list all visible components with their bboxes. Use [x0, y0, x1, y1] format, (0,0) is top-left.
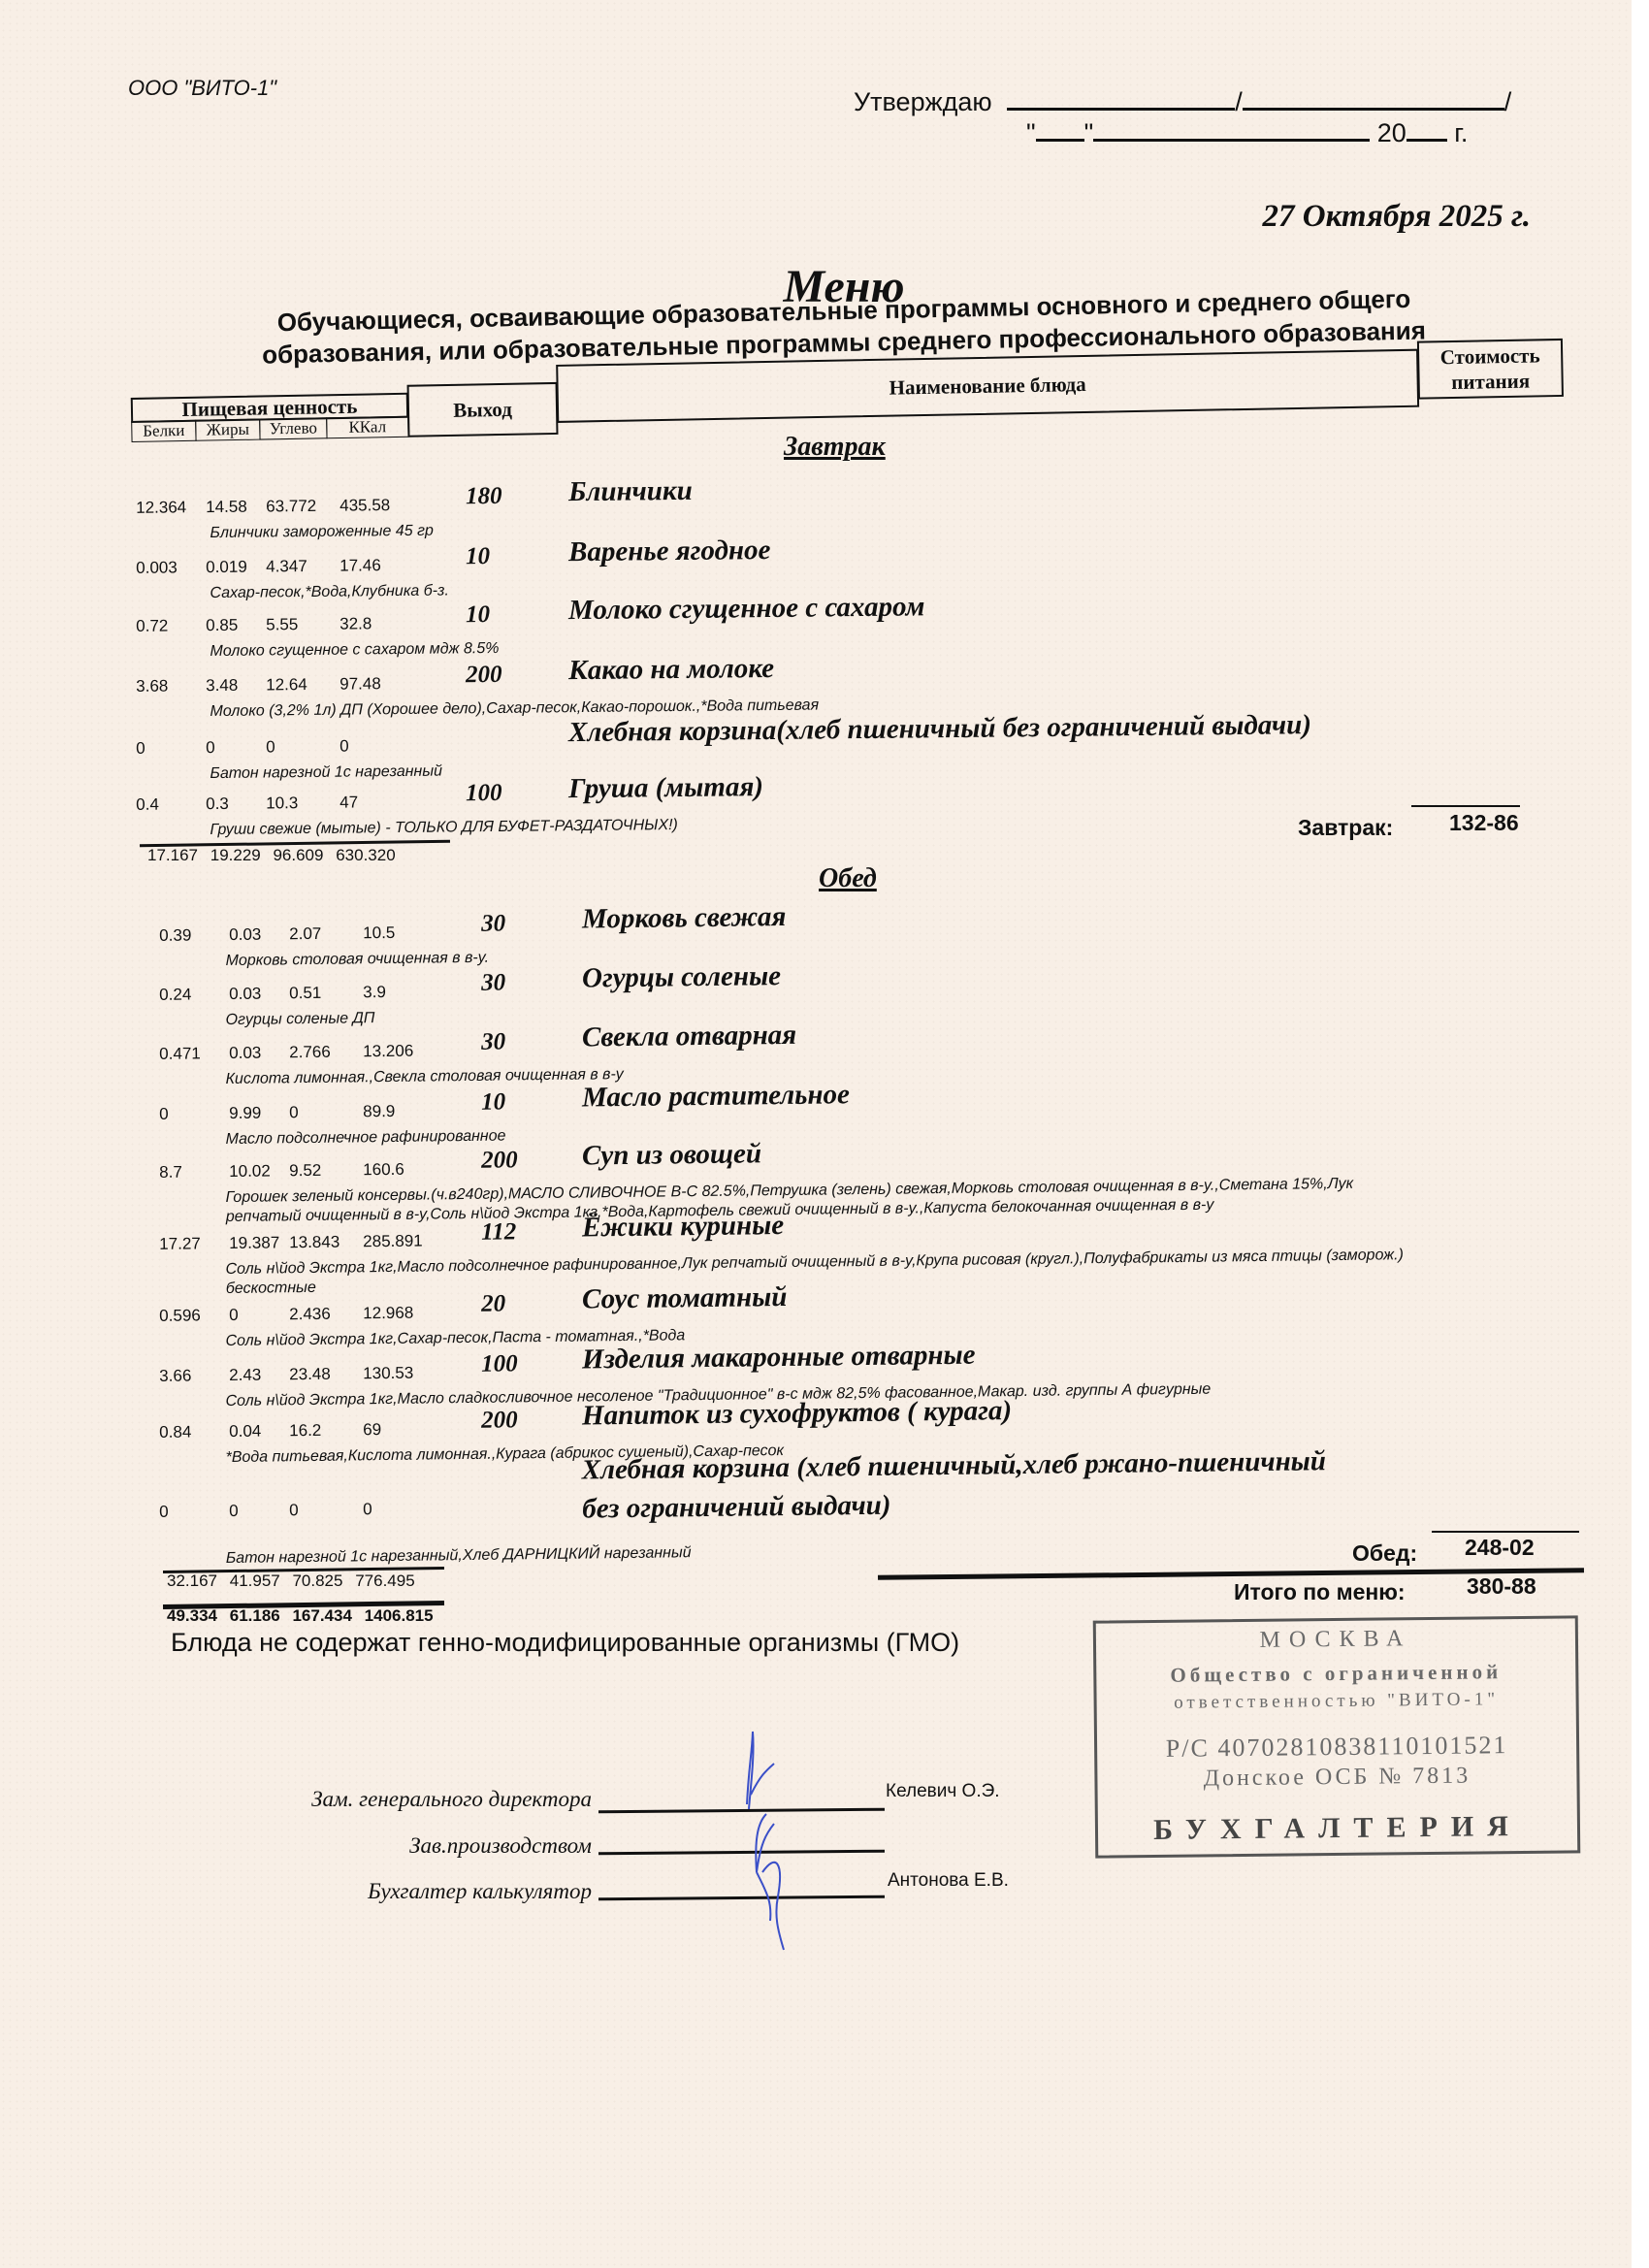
menu-total: 380-88	[1467, 1573, 1536, 1600]
approval-slash-end: /	[1504, 87, 1512, 116]
nutrition-protein: 3.66	[159, 1366, 191, 1385]
nutrition-fat: 10.02	[229, 1161, 271, 1182]
year-prefix: 20	[1377, 118, 1406, 147]
dish-name: Масло растительное	[582, 1079, 850, 1114]
dish-ingredients: Блинчики замороженные 45 гр	[210, 523, 434, 542]
nutrition-protein: 0.4	[136, 795, 159, 815]
dish-name: Свекла отварная	[582, 1020, 796, 1054]
nutrition-carbs: 12.64	[266, 675, 307, 695]
approver-name-line	[1243, 89, 1504, 111]
nutrition-carbs: 10.3	[266, 794, 298, 813]
nutrition-fat: 0.85	[206, 616, 238, 635]
approver-signature-line	[1007, 89, 1235, 111]
total-kcal: 776.495	[355, 1571, 414, 1590]
nutrition-kcal: 435.58	[339, 496, 390, 516]
nutrition-carbs: 63.772	[266, 497, 316, 517]
item-yield: 20	[481, 1291, 505, 1318]
grand-kcal: 1406.815	[365, 1606, 434, 1625]
total-protein: 32.167	[167, 1571, 217, 1590]
lunch-cost-rule	[1432, 1531, 1579, 1533]
nutrition-fat: 0.3	[206, 794, 229, 814]
dish-ingredients: Огурцы соленые ДП	[225, 1010, 374, 1029]
dish-ingredients: Морковь столовая очищенная в в-у.	[225, 950, 489, 970]
nutrition-protein: 0.84	[159, 1422, 191, 1442]
nutrition-fat: 0.03	[229, 1044, 261, 1063]
nutrition-carbs: 13.843	[289, 1233, 339, 1253]
grand-totals: 49.334 61.186 167.434 1406.815	[167, 1606, 441, 1626]
lunch-cost-label: Обед:	[1352, 1540, 1417, 1567]
lunch-totals: 32.167 41.957 70.825 776.495	[167, 1571, 423, 1591]
day-line	[1036, 120, 1084, 142]
nutrition-carbs: 23.48	[289, 1365, 331, 1385]
item-yield: 10	[466, 543, 490, 570]
year-line	[1406, 120, 1447, 142]
handwritten-signature	[727, 1727, 834, 1960]
dish-ingredients: Молоко сгущенное с сахаром мдж 8.5%	[210, 640, 499, 661]
stamp-bank: Донское ОСБ № 7813	[1097, 1762, 1576, 1793]
header-yield: Выход	[407, 382, 559, 437]
total-carbs: 96.609	[273, 846, 323, 864]
total-fat: 19.229	[210, 846, 261, 864]
dish-ingredients: Батон нарезной 1с нарезанный	[210, 763, 442, 784]
nutrition-protein: 8.7	[159, 1163, 182, 1183]
nutrition-carbs: 2.436	[289, 1305, 331, 1325]
approval-block: Утверждаю //	[854, 87, 1511, 117]
section-lunch-title: Обед	[819, 863, 877, 894]
nutrition-carbs: 9.52	[289, 1161, 321, 1181]
header-cost-line1: Стоимость	[1440, 342, 1540, 370]
nutrition-kcal: 0	[363, 1500, 372, 1519]
dish-name: Огурцы соленые	[582, 960, 781, 995]
dish-name: Молоко сгущенное с сахаром	[568, 591, 925, 627]
nutrition-protein: 0	[159, 1105, 169, 1124]
header-kcal: ККал	[326, 416, 408, 439]
dish-name: Суп из овощей	[582, 1138, 761, 1172]
nutrition-protein: 3.68	[136, 677, 168, 697]
nutrition-carbs: 0	[266, 737, 275, 757]
signature-role-production-head: Зав.производством	[184, 1833, 592, 1859]
item-yield: 100	[466, 780, 502, 807]
breakfast-cost-rule	[1411, 805, 1520, 807]
nutrition-kcal: 12.968	[363, 1304, 413, 1324]
grand-fat: 61.186	[230, 1606, 280, 1625]
nutrition-kcal: 130.53	[363, 1364, 413, 1384]
nutrition-fat: 9.99	[229, 1104, 261, 1123]
grand-protein: 49.334	[167, 1606, 217, 1625]
signature-role-accountant: Бухгалтер калькулятор	[184, 1879, 592, 1904]
nutrition-kcal: 160.6	[363, 1160, 404, 1181]
stamp-department: БУХГАЛТЕРИЯ	[1098, 1809, 1577, 1847]
item-yield: 100	[481, 1350, 518, 1377]
dish-ingredients-line2: бескостные	[226, 1280, 316, 1298]
nutrition-carbs: 5.55	[266, 615, 298, 634]
nutrition-fat: 0	[229, 1502, 239, 1521]
nutrition-fat: 0.019	[206, 558, 247, 577]
company-stamp: МОСКВА Общество с ограниченной ответстве…	[1093, 1615, 1581, 1858]
total-fat: 41.957	[230, 1571, 280, 1590]
nutrition-carbs: 16.2	[289, 1421, 321, 1441]
nutrition-carbs: 4.347	[266, 557, 307, 576]
item-yield: 180	[466, 483, 502, 510]
nutrition-fat: 0.03	[229, 925, 261, 945]
grand-carbs: 167.434	[292, 1606, 351, 1625]
dish-ingredients: Сахар-песок,*Вода,Клубника б-з.	[210, 582, 449, 602]
item-yield: 200	[481, 1407, 518, 1434]
item-yield: 10	[466, 601, 490, 629]
section-breakfast-title: Завтрак	[784, 432, 886, 463]
signature-role-deputy-director: Зам. генерального директора	[184, 1787, 592, 1812]
nutrition-fat: 0.04	[229, 1422, 261, 1442]
signature-name-deputy-director: Келевич О.Э.	[886, 1781, 1000, 1802]
organization-name: ООО "ВИТО-1"	[128, 76, 276, 101]
nutrition-fat: 14.58	[206, 498, 247, 517]
lunch-cost: 248-02	[1465, 1535, 1535, 1561]
stamp-line-3: ответственностью "ВИТО-1"	[1097, 1688, 1576, 1714]
nutrition-protein: 0	[136, 739, 145, 759]
nutrition-kcal: 17.46	[339, 556, 381, 575]
item-yield: 30	[481, 1029, 505, 1056]
item-yield: 30	[481, 970, 505, 997]
nutrition-carbs: 0	[289, 1103, 299, 1122]
stamp-account: Р/С 40702810838110101521	[1097, 1730, 1576, 1764]
breakfast-cost: 132-86	[1449, 810, 1519, 836]
nutrition-kcal: 3.9	[363, 983, 386, 1002]
header-cost-line2: питания	[1451, 369, 1530, 395]
nutrition-kcal: 285.891	[363, 1232, 423, 1252]
item-yield: 112	[481, 1218, 516, 1246]
nutrition-protein: 0	[159, 1503, 169, 1522]
quote-close: "	[1084, 118, 1094, 147]
stamp-city: МОСКВА	[1096, 1624, 1575, 1655]
item-yield: 10	[481, 1089, 505, 1117]
total-kcal: 630.320	[336, 846, 395, 864]
dish-name-line2: без ограничений выдачи)	[582, 1490, 891, 1526]
breakfast-cost-label: Завтрак:	[1298, 815, 1393, 841]
stamp-line-2: Общество с ограниченной	[1096, 1659, 1575, 1688]
nutrition-kcal: 89.9	[363, 1102, 395, 1121]
item-yield: 200	[481, 1147, 518, 1174]
dish-name: Блинчики	[568, 475, 693, 508]
header-cost: Стоимость питания	[1417, 339, 1564, 400]
nutrition-kcal: 69	[363, 1420, 381, 1440]
nutrition-fat: 3.48	[206, 676, 238, 696]
nutrition-protein: 12.364	[136, 498, 186, 518]
document-date: 27 Октября 2025 г.	[1263, 199, 1531, 235]
dish-name: Изделия макаронные отварные	[582, 1340, 976, 1377]
nutrition-protein: 0.72	[136, 617, 168, 636]
signature-name-accountant: Антонова Е.В.	[888, 1870, 1009, 1892]
nutrition-kcal: 10.5	[363, 923, 395, 943]
dish-name: Ёжики куриные	[582, 1210, 784, 1245]
year-suffix: г.	[1454, 118, 1468, 147]
nutrition-protein: 17.27	[159, 1234, 201, 1254]
nutrition-carbs: 2.766	[289, 1043, 331, 1063]
nutrition-protein: 0.003	[136, 558, 178, 577]
menu-total-label: Итого по меню:	[1234, 1579, 1406, 1605]
nutrition-carbs: 2.07	[289, 924, 321, 944]
dish-name: Варенье ягодное	[568, 535, 771, 568]
item-yield: 30	[481, 911, 505, 938]
nutrition-fat: 19.387	[229, 1233, 279, 1253]
nutrition-kcal: 13.206	[363, 1042, 413, 1062]
nutrition-kcal: 0	[339, 737, 349, 757]
nutrition-kcal: 32.8	[339, 614, 372, 633]
item-yield: 200	[466, 662, 502, 689]
nutrition-fat: 0	[229, 1306, 239, 1325]
breakfast-totals: 17.167 19.229 96.609 630.320	[147, 846, 404, 865]
dish-name: Морковь свежая	[582, 901, 787, 936]
total-carbs: 70.825	[292, 1571, 342, 1590]
nutrition-kcal: 47	[339, 793, 358, 812]
total-protein: 17.167	[147, 846, 198, 864]
dish-name: Груша (мытая)	[568, 771, 763, 805]
nutrition-protein: 0.471	[159, 1044, 201, 1064]
month-line	[1093, 120, 1370, 142]
nutrition-carbs: 0	[289, 1501, 299, 1520]
header-carbs: Углево	[259, 417, 327, 439]
nutrition-fat: 0	[206, 738, 215, 758]
nutrition-kcal: 97.48	[339, 674, 381, 694]
approval-slash: /	[1235, 87, 1243, 116]
nutrition-carbs: 0.51	[289, 984, 321, 1003]
nutrition-protein: 0.24	[159, 985, 191, 1004]
header-protein: Белки	[131, 420, 196, 442]
nutrition-protein: 0.39	[159, 925, 191, 945]
approval-date-line: "" 20 г.	[1026, 118, 1468, 148]
nutrition-protein: 0.596	[159, 1306, 201, 1326]
dish-name: Напиток из сухофруктов ( курага)	[582, 1395, 1012, 1432]
quote-open: "	[1026, 118, 1036, 147]
header-dish-name: Наименование блюда	[556, 349, 1419, 423]
gmo-note: Блюда не содержат генно-модифицированные…	[171, 1628, 959, 1658]
nutrition-fat: 2.43	[229, 1366, 261, 1385]
nutrition-fat: 0.03	[229, 985, 261, 1004]
dish-name: Соус томатный	[582, 1281, 788, 1316]
dish-ingredients: Масло подсолнечное рафинированное	[225, 1128, 505, 1150]
dish-name: Какао на молоке	[568, 653, 774, 687]
approval-label: Утверждаю	[854, 87, 992, 116]
header-fat: Жиры	[195, 419, 260, 441]
